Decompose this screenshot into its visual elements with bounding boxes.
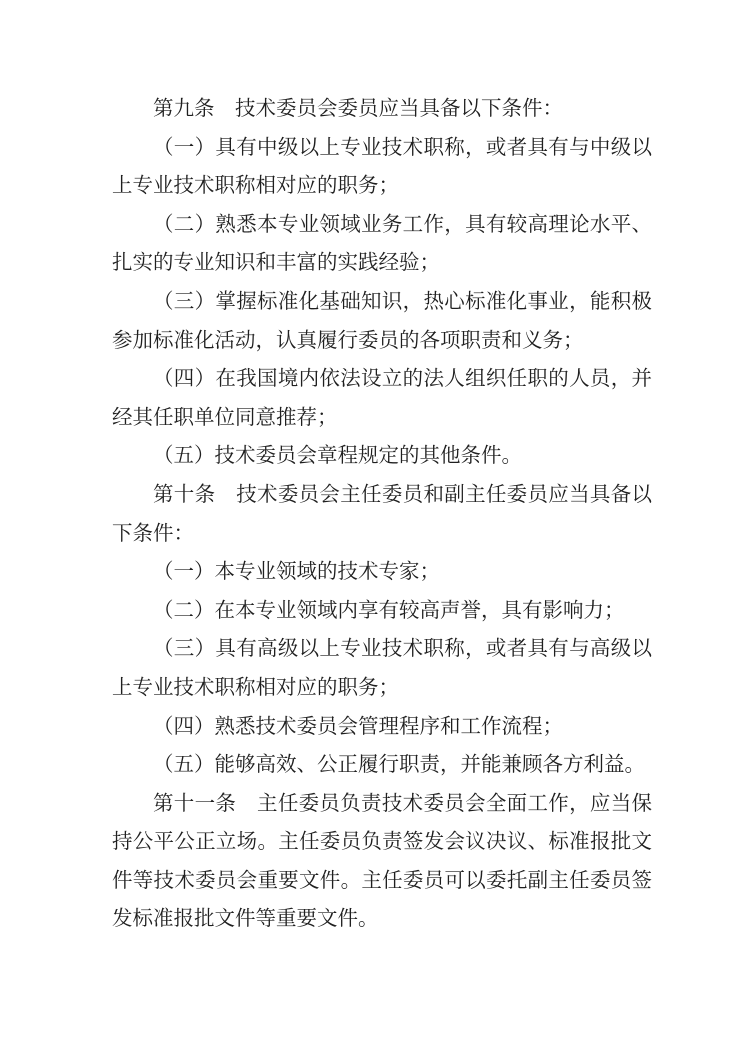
article-10-item-3: （三）具有高级以上专业技术职称，或者具有与高级以上专业技术职称相对应的职务； bbox=[112, 630, 652, 707]
article-10-item-2: （二）在本专业领域内享有较高声誉，具有影响力； bbox=[112, 592, 652, 631]
article-9-item-2: （二）熟悉本专业领域业务工作，具有较高理论水平、扎实的专业知识和丰富的实践经验； bbox=[112, 206, 652, 283]
document-page: 第九条 技术委员会委员应当具备以下条件： （一）具有中级以上专业技术职称，或者具… bbox=[0, 0, 750, 1060]
article-11-body: 第十一条 主任委员负责技术委员会全面工作，应当保持公平公正立场。主任委员负责签发… bbox=[112, 785, 652, 939]
article-9-heading: 第九条 技术委员会委员应当具备以下条件： bbox=[112, 90, 652, 129]
document-body: 第九条 技术委员会委员应当具备以下条件： （一）具有中级以上专业技术职称，或者具… bbox=[112, 90, 652, 939]
article-10-item-1: （一）本专业领域的技术专家； bbox=[112, 553, 652, 592]
article-10-item-5: （五）能够高效、公正履行职责，并能兼顾各方利益。 bbox=[112, 746, 652, 785]
article-9-item-5: （五）技术委员会章程规定的其他条件。 bbox=[112, 437, 652, 476]
article-9-item-4: （四）在我国境内依法设立的法人组织任职的人员，并经其任职单位同意推荐； bbox=[112, 360, 652, 437]
article-9-item-3: （三）掌握标准化基础知识，热心标准化事业，能积极参加标准化活动，认真履行委员的各… bbox=[112, 283, 652, 360]
article-9-item-1: （一）具有中级以上专业技术职称，或者具有与中级以上专业技术职称相对应的职务； bbox=[112, 129, 652, 206]
article-10-heading: 第十条 技术委员会主任委员和副主任委员应当具备以下条件： bbox=[112, 476, 652, 553]
article-10-item-4: （四）熟悉技术委员会管理程序和工作流程； bbox=[112, 708, 652, 747]
